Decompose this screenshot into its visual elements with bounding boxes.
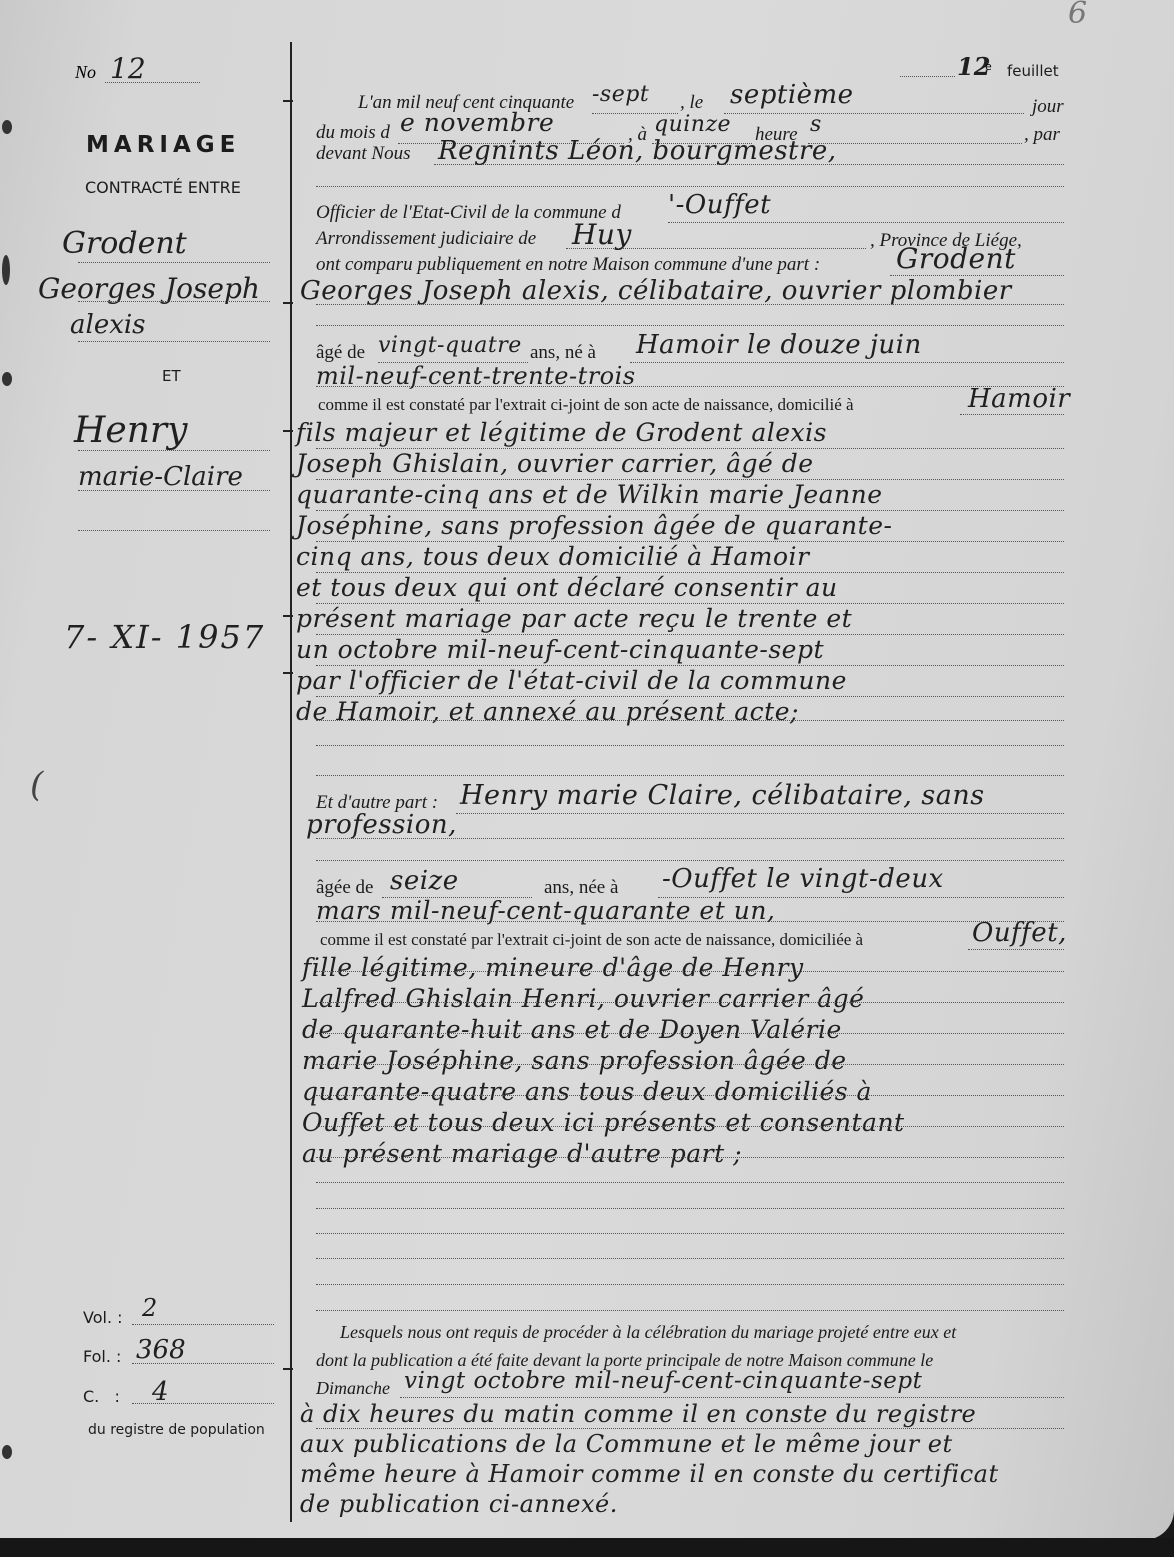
sheet-suffix: e [985, 60, 992, 73]
dotted-line [316, 745, 1064, 746]
dotted-line [316, 1428, 1064, 1429]
hand-line: fils majeur et légitime de Grodent alexi… [296, 418, 892, 449]
hand-day: septième [730, 80, 854, 110]
hand-groom-domicile: Hamoir [968, 384, 1070, 414]
dotted-line [456, 813, 1064, 814]
register-footer: du registre de population [88, 1422, 265, 1438]
dotted-line [316, 1284, 1064, 1285]
printed-age-de: âgé de [316, 342, 365, 364]
dotted-line [78, 450, 270, 451]
dotted-line [668, 222, 1064, 223]
binding-hole [2, 255, 10, 285]
marriage-record-page: 6 No 12 MARIAGE CONTRACTÉ ENTRE Grodent … [0, 0, 1174, 1540]
dotted-line [316, 1157, 1064, 1158]
dotted-line [316, 838, 1064, 839]
dotted-line [316, 1233, 1064, 1234]
dotted-line [316, 860, 1064, 861]
printed-par: , par [1024, 124, 1060, 146]
tick [283, 302, 293, 304]
dotted-line [808, 143, 1022, 144]
record-subtitle: CONTRACTÉ ENTRE [85, 178, 241, 197]
hand-line: de Hamoir, et annexé au présent acte; [296, 697, 892, 728]
printed-bride-domicile: comme il est constaté par l'extrait ci-j… [320, 930, 863, 950]
hand-line: cinq ans, tous deux domicilié à Hamoir [296, 542, 892, 573]
dotted-line [316, 304, 1064, 305]
tick [283, 1368, 293, 1370]
fol-value: 368 [136, 1335, 186, 1365]
dotted-line [78, 301, 270, 302]
hand-line: et tous deux qui ont déclaré consentir a… [296, 573, 892, 604]
dotted-line [316, 1258, 1064, 1259]
margin-rule [290, 42, 292, 1522]
c-label: C. : [83, 1387, 120, 1406]
vol-value: 2 [142, 1294, 157, 1322]
fol-label: Fol. : [83, 1347, 121, 1366]
dotted-line [78, 341, 270, 342]
hand-bride-profession: profession, [306, 810, 457, 840]
dotted-line [78, 530, 270, 531]
dotted-line [316, 634, 1064, 635]
bride-parents-text: fille légitime, mineure d'âge de Henry L… [302, 953, 905, 1170]
dotted-line [316, 541, 1064, 542]
dotted-line [316, 1310, 1064, 1311]
dotted-line [78, 262, 270, 263]
dotted-line [316, 921, 1064, 922]
scan-background [0, 1538, 1174, 1557]
hand-line: par l'officier de l'état-civil de la com… [296, 666, 892, 697]
tick [283, 100, 293, 102]
printed-dimanche: Dimanche [316, 1378, 390, 1399]
hand-publication-date: vingt octobre mil-neuf-cent-cinquante-se… [404, 1368, 922, 1394]
bride-given-names: marie-Claire [78, 462, 243, 492]
dotted-line [316, 448, 1064, 449]
dotted-line [316, 665, 1064, 666]
dotted-line [316, 1002, 1064, 1003]
tick [283, 672, 293, 674]
dotted-line [316, 775, 1064, 776]
printed-arrondissement: Arrondissement judiciaire de [316, 228, 536, 250]
dotted-line [724, 113, 1024, 114]
printed-groom-domicile: comme il est constaté par l'extrait ci-j… [318, 395, 854, 415]
hand-line: quarante-cinq ans et de Wilkin marie Jea… [296, 480, 892, 511]
hand-line: de publication ci-annexé. [300, 1490, 999, 1520]
printed-jour: jour [1032, 96, 1064, 118]
dotted-line [968, 949, 1064, 950]
hand-bride-domicile: Ouffet, [972, 918, 1067, 948]
tick [283, 615, 293, 617]
dotted-line [316, 696, 1064, 697]
hand-line: même heure à Hamoir comme il en conste d… [300, 1460, 999, 1490]
printed-ans-ne-a: ans, né à [530, 342, 596, 364]
dotted-line [316, 1064, 1064, 1065]
dotted-line [316, 510, 1064, 511]
dotted-line [316, 325, 1064, 326]
marriage-date-note: 7- XI- 1957 [64, 618, 265, 656]
dotted-line [316, 1126, 1064, 1127]
printed-le: , le [680, 92, 703, 114]
binding-hole [2, 372, 12, 386]
hand-bride-age: seize [390, 866, 459, 896]
vol-label: Vol. : [83, 1308, 123, 1327]
hand-groom-surname: Grodent [896, 242, 1016, 275]
dotted-line [316, 1182, 1064, 1183]
hand-arrondissement: Huy [572, 218, 632, 251]
conjunction-et: ET [162, 367, 181, 385]
hand-commune: '-Ouffet [668, 190, 771, 220]
number-label: No [75, 62, 96, 83]
hand-line: de quarante-huit ans et de Doyen Valérie [302, 1015, 905, 1046]
hand-line: Ouffet et tous deux ici présents et cons… [302, 1108, 905, 1139]
publication-hand-text: à dix heures du matin comme il en conste… [300, 1400, 999, 1520]
dotted-line [316, 1208, 1064, 1209]
hand-bride-identity: Henry marie Claire, célibataire, sans [460, 780, 985, 811]
hand-bride-birth: -Ouffet le vingt-deux [662, 864, 944, 894]
hand-mayor: Regnints Léon, bourgmestre, [438, 136, 837, 166]
hand-groom-birth: Hamoir le douze juin [636, 330, 922, 360]
groom-surname: Grodent [62, 226, 187, 261]
printed-month-prefix: du mois d [316, 122, 390, 144]
hand-line: Lalfred Ghislain Henri, ouvrier carrier … [302, 984, 905, 1015]
hand-line: fille légitime, mineure d'âge de Henry [302, 953, 905, 984]
hand-line: aux publications de la Commune et le mêm… [300, 1430, 999, 1460]
hand-hour: quinze [654, 112, 731, 137]
hand-line: Joséphine, sans profession âgée de quara… [296, 511, 892, 542]
dotted-line [400, 1397, 1064, 1398]
record-title: MARIAGE [86, 132, 240, 158]
hand-hour-plural: s [810, 112, 822, 137]
hand-line: un octobre mil-neuf-cent-cinquante-sept [296, 635, 892, 666]
hand-line: au présent mariage d'autre part ; [302, 1139, 905, 1170]
hand-line: à dix heures du matin comme il en conste… [300, 1400, 999, 1430]
dotted-line [316, 386, 1064, 387]
dotted-line [960, 414, 1064, 415]
dotted-line [316, 572, 1064, 573]
dotted-line [132, 1324, 274, 1325]
record-number: 12 [110, 52, 146, 85]
dotted-line [630, 362, 1064, 363]
dotted-line [316, 1033, 1064, 1034]
hand-line: quarante-quatre ans tous deux domiciliés… [302, 1077, 905, 1108]
binding-hole [2, 120, 12, 134]
binding-hole [2, 1445, 12, 1459]
bracket-mark: ( [30, 765, 43, 805]
dotted-line [900, 76, 955, 77]
hand-year: -sept [592, 82, 649, 107]
sheet-label: feuillet [1007, 62, 1059, 80]
tick [283, 430, 293, 432]
printed-devant-nous: devant Nous [316, 143, 410, 165]
dotted-line [316, 971, 1064, 972]
dotted-line [316, 720, 1064, 721]
hand-line: Joseph Ghislain, ouvrier carrier, âgé de [296, 449, 892, 480]
hand-line: marie Joséphine, sans profession âgée de [302, 1046, 905, 1077]
dotted-line [316, 1095, 1064, 1096]
hand-groom-age: vingt-quatre [378, 333, 522, 358]
dotted-line [316, 186, 1064, 187]
dotted-line [78, 490, 270, 491]
groom-parents-text: fils majeur et légitime de Grodent alexi… [296, 418, 892, 728]
dotted-line [316, 479, 1064, 480]
hand-month: e novembre [400, 108, 554, 137]
printed-lesquels: Lesquels nous ont requis de procéder à l… [340, 1322, 956, 1343]
c-value: 4 [152, 1377, 169, 1407]
printed-ont-comparu: ont comparu publiquement en notre Maison… [316, 254, 820, 276]
hand-line: présent mariage par acte reçu le trente … [296, 604, 892, 635]
groom-given-names-cont: alexis [70, 310, 146, 340]
page-mark: 6 [1068, 0, 1087, 31]
dotted-line [316, 603, 1064, 604]
bride-surname: Henry [74, 410, 187, 451]
hand-groom-identity: Georges Joseph alexis, célibataire, ouvr… [300, 276, 1012, 306]
